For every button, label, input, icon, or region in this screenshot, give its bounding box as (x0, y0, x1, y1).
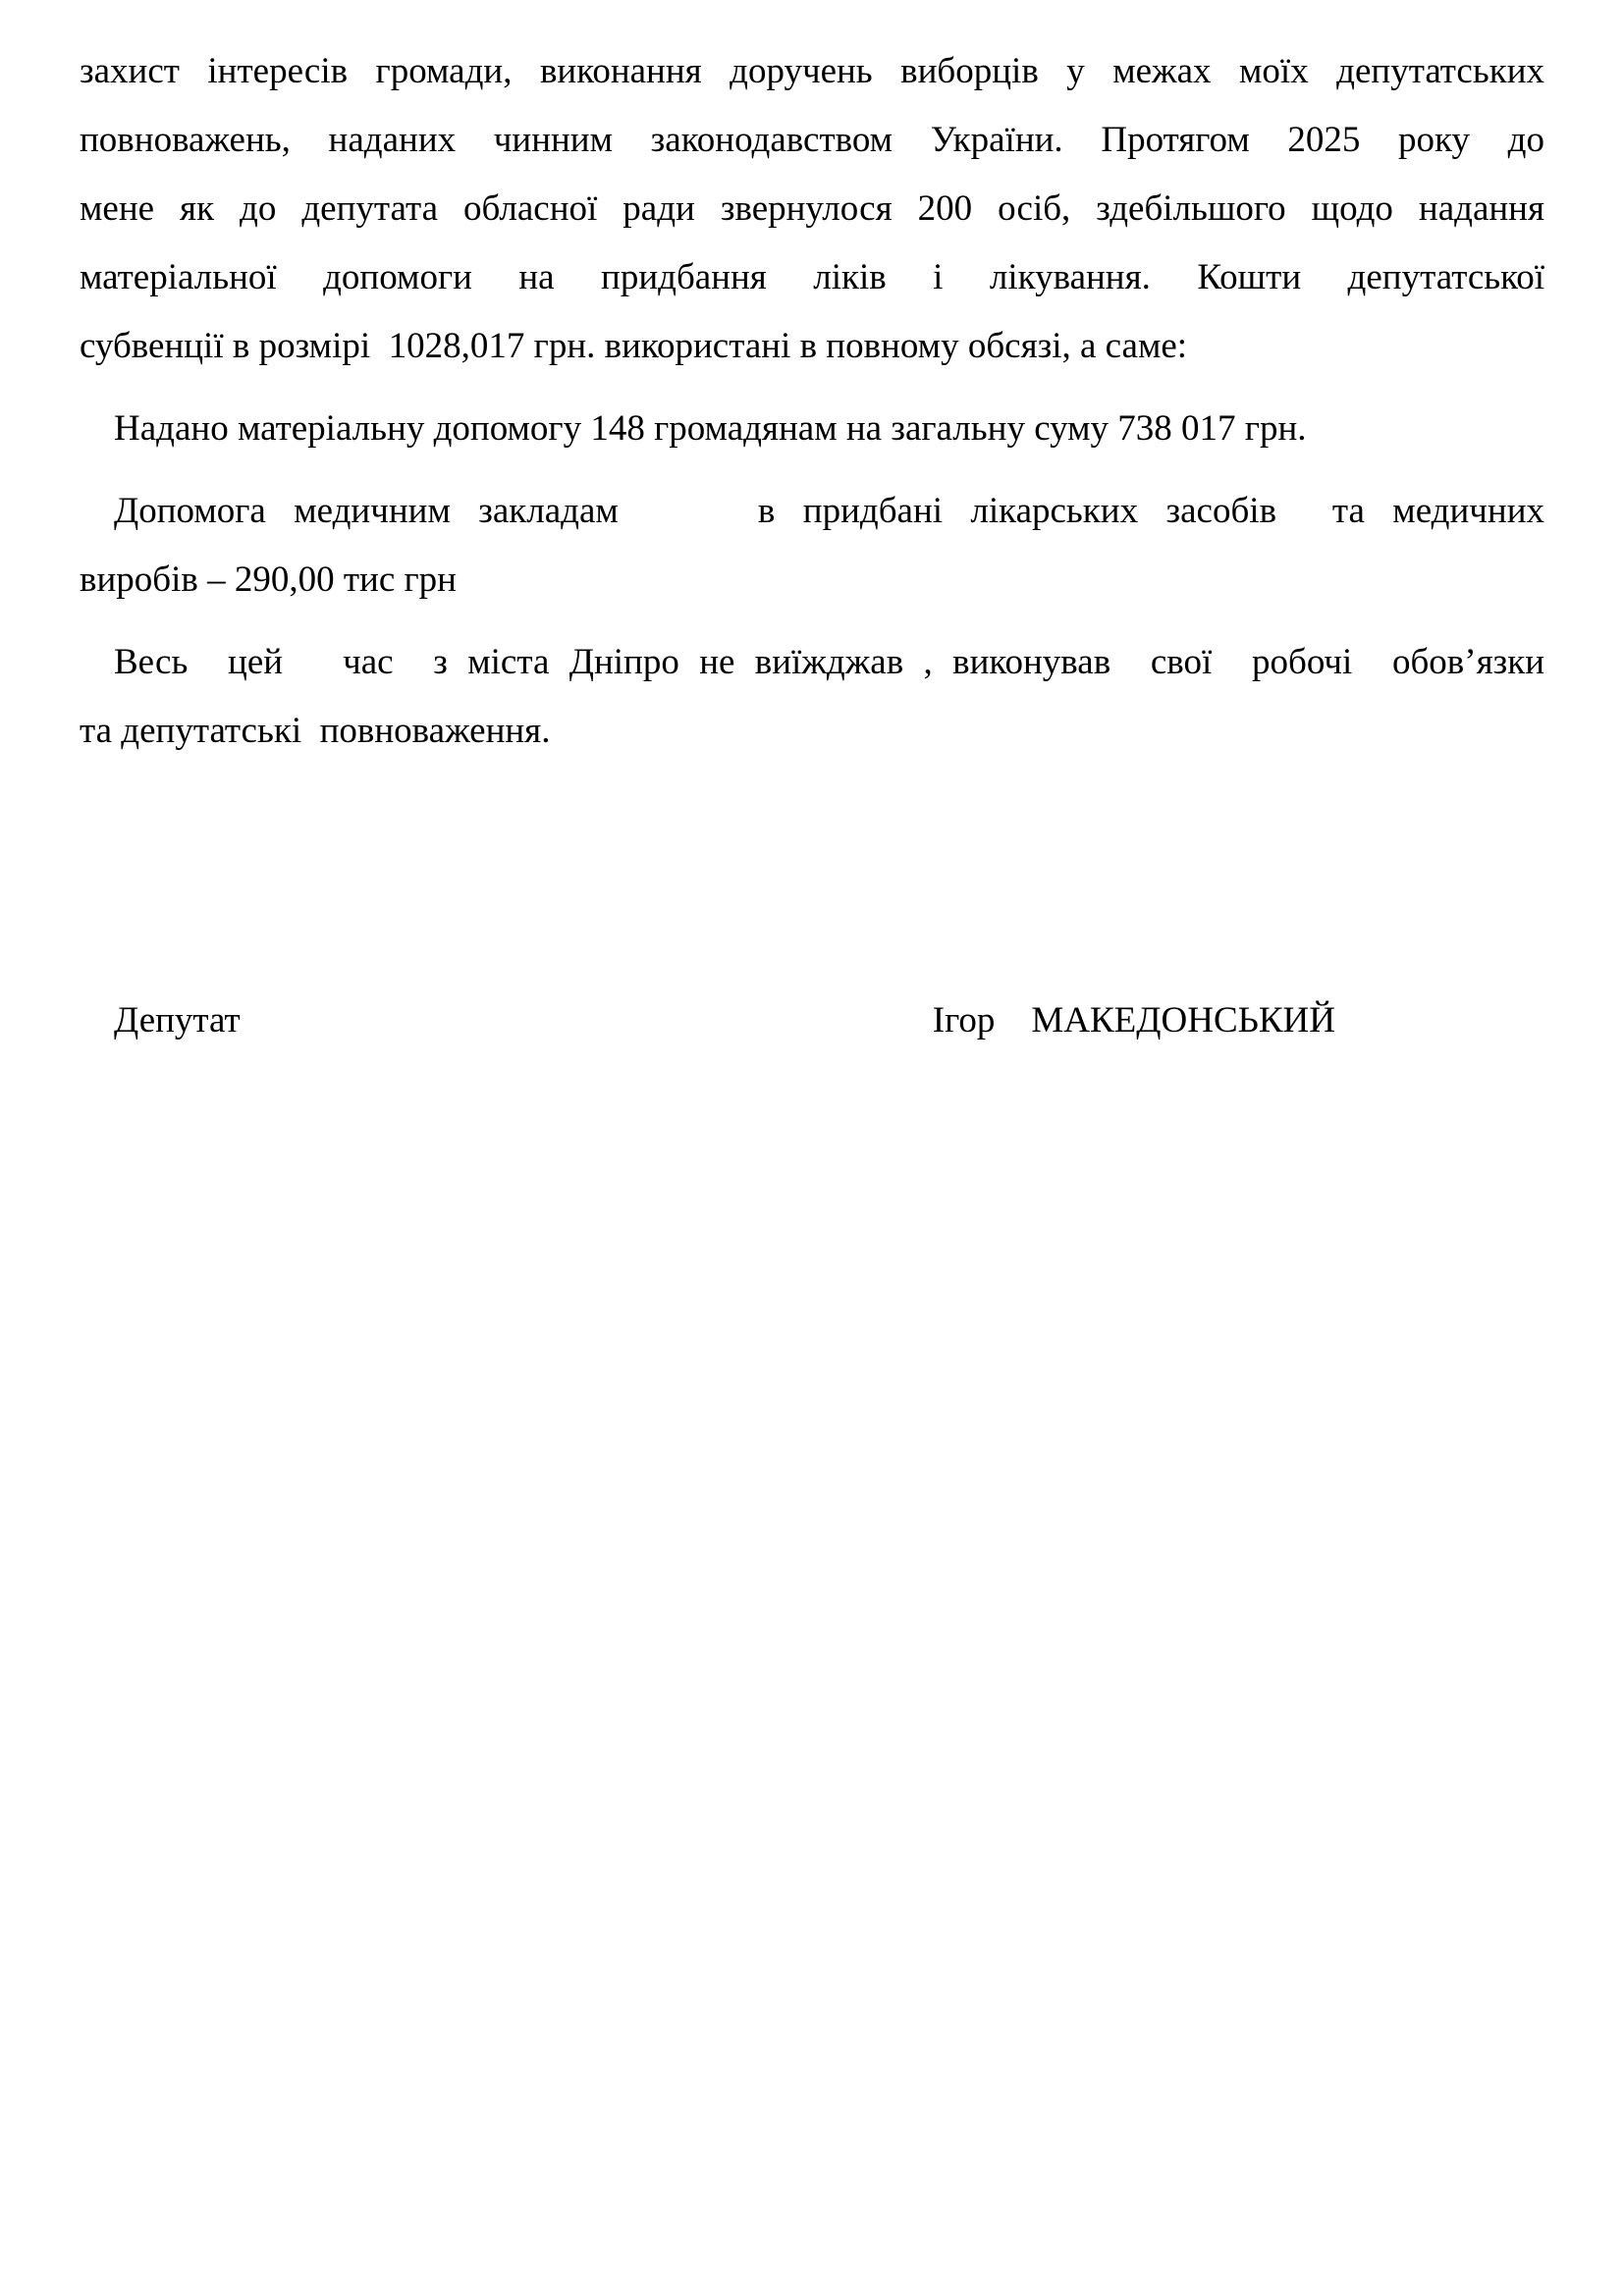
signature-role: Депутат (114, 987, 241, 1055)
text-line: мене як до депутата обласної ради зверну… (80, 175, 1544, 243)
paragraph-3: Допомога медичним закладам в придбані лі… (80, 477, 1544, 614)
text-line: Допомога медичним закладам в придбані лі… (80, 477, 1544, 546)
paragraph-2: Надано матеріальну допомогу 148 громадян… (80, 395, 1544, 463)
paragraph-1: захист інтересів громади, виконання дору… (80, 37, 1544, 381)
paragraph-4: Весь цей час з міста Дніпро не виїжджав … (80, 628, 1544, 766)
document-page: захист інтересів громади, виконання дору… (0, 0, 1624, 2296)
signature-name: Ігор МАКЕДОНСЬКИЙ (933, 987, 1335, 1055)
text-line: захист інтересів громади, виконання дору… (80, 37, 1544, 106)
text-line: субвенції в розмірі 1028,017 грн. викори… (80, 312, 1544, 381)
text-line: виробів – 290,00 тис грн (80, 546, 1544, 614)
text-line: повноважень, наданих чинним законодавств… (80, 106, 1544, 175)
text-line: та депутатські повноваження. (80, 697, 1544, 766)
text-line: Надано матеріальну допомогу 148 громадян… (80, 395, 1544, 463)
text-line: Весь цей час з міста Дніпро не виїжджав … (80, 628, 1544, 697)
text-line: матеріальної допомоги на придбання ліків… (80, 243, 1544, 312)
signature-row: Депутат Ігор МАКЕДОНСЬКИЙ (80, 987, 1544, 1055)
